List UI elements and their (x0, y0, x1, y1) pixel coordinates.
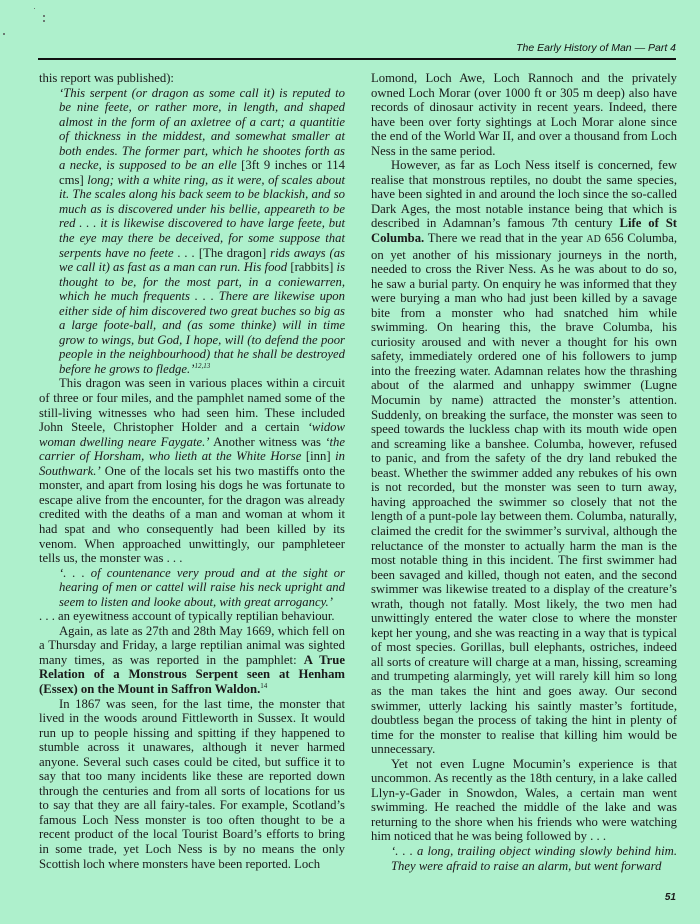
paragraph: Lomond, Loch Awe, Loch Rannoch and the p… (371, 71, 677, 158)
footnote-ref: 12,13 (194, 362, 210, 370)
running-header: The Early History of Man — Part 4 (516, 42, 676, 54)
paragraph: . . . an eyewitness account of typically… (39, 609, 345, 624)
footnote-ref: 14 (260, 682, 267, 690)
block-quote: ‘. . . a long, trailing object winding s… (371, 844, 677, 873)
left-column: this report was published): ‘This serpen… (39, 71, 345, 871)
paragraph: This dragon was seen in various places w… (39, 376, 345, 565)
paragraph: Yet not even Lugne Mocumin’s experience … (371, 757, 677, 844)
paragraph: Again, as late as 27th and 28th May 1669… (39, 624, 345, 697)
right-column: Lomond, Loch Awe, Loch Rannoch and the p… (371, 71, 677, 873)
page-number: 51 (665, 892, 676, 903)
block-quote: ‘. . . of countenance very proud and at … (39, 566, 345, 610)
scan-speck (43, 15, 45, 17)
paragraph: In 1867 was seen, for the last time, the… (39, 697, 345, 872)
paragraph: this report was published): (39, 71, 345, 86)
header-rule (38, 58, 676, 60)
scan-speck (34, 8, 35, 9)
scan-speck (3, 33, 5, 35)
paragraph: However, as far as Loch Ness itself is c… (371, 158, 677, 756)
scan-speck (43, 20, 45, 22)
block-quote: ‘This serpent (or dragon as some call it… (39, 86, 345, 377)
